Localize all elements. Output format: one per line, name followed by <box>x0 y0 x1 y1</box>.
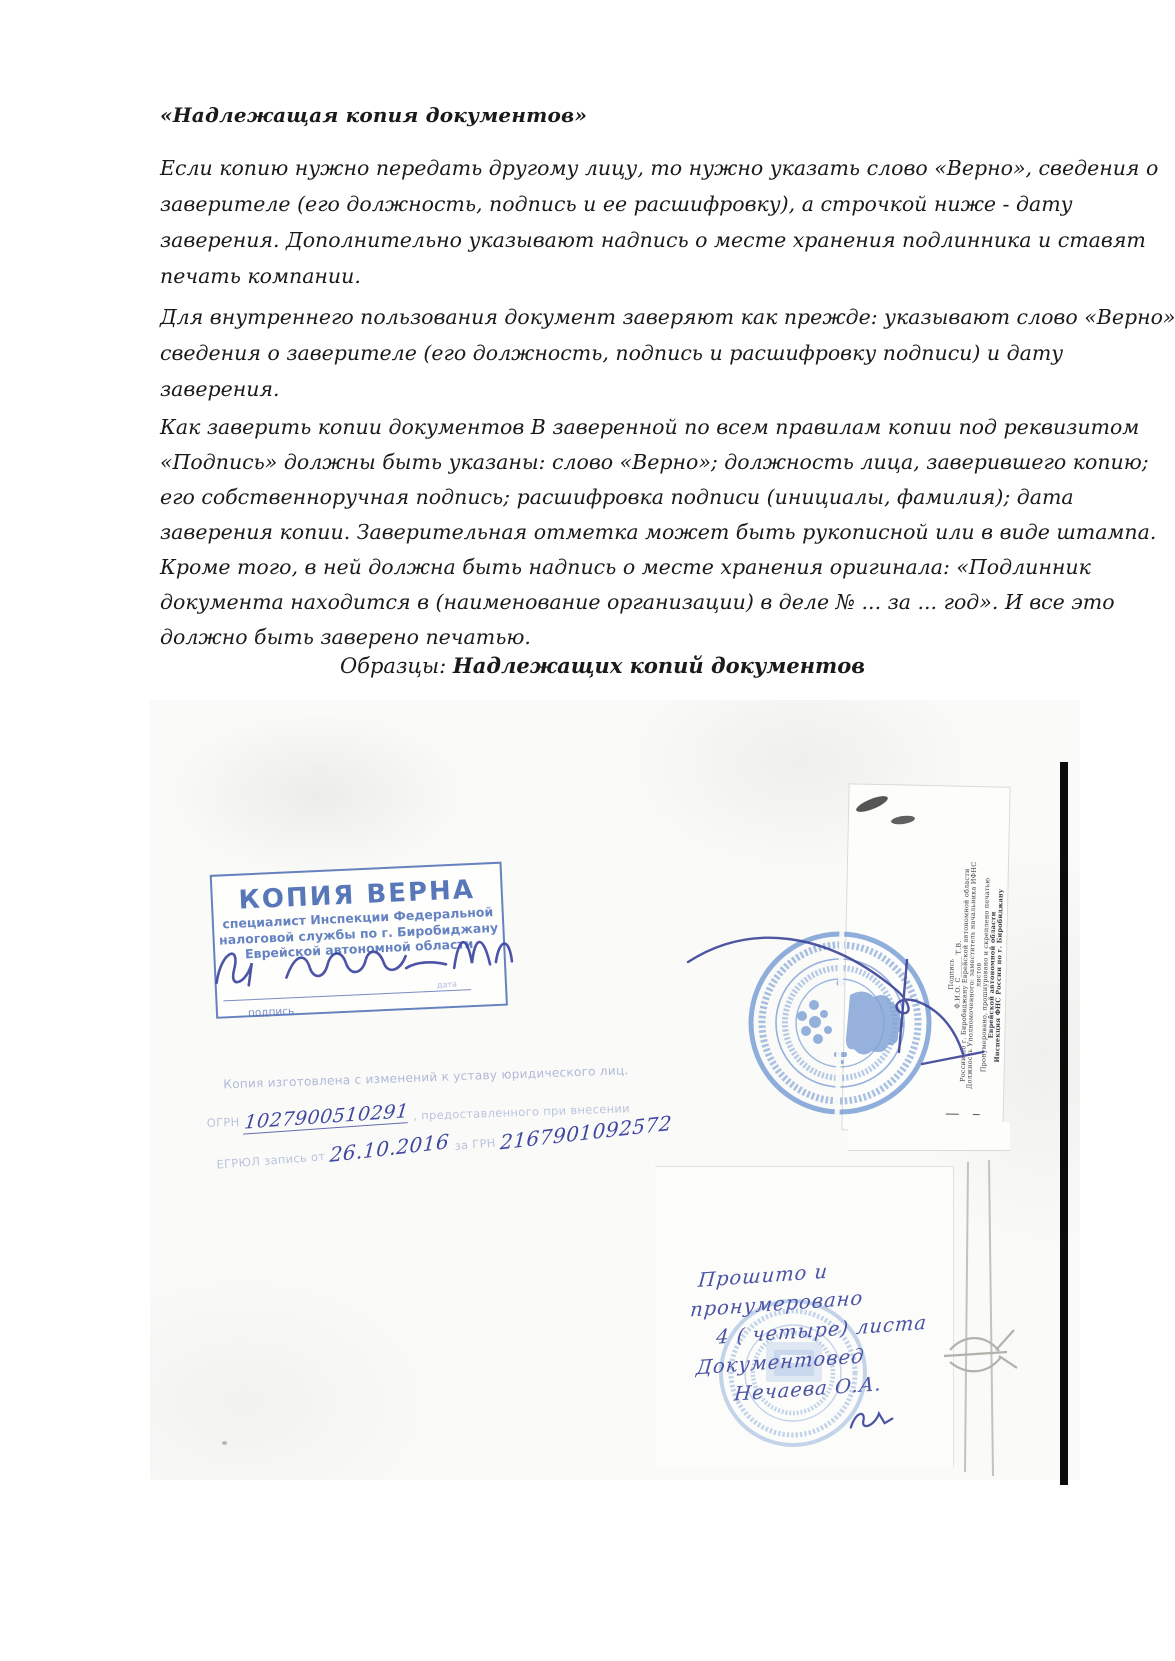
paragraph-line: «Подпись» должны быть указаны: слово «Ве… <box>160 445 1040 480</box>
copy-correct-stamp: КОПИЯ ВЕРНА специалист Инспекции Федерал… <box>209 849 519 1039</box>
paragraph-line: Как заверить копии документов В заверенн… <box>160 410 1040 445</box>
paragraph-1: Если копию нужно передать другому лицу, … <box>160 150 1040 294</box>
signature-icon <box>200 917 523 1001</box>
ogrn-label: ОГРН <box>206 1115 239 1130</box>
paragraph-line: сведения о заверителе (его должность, по… <box>160 335 1040 371</box>
clerk-signature-icon <box>845 1404 907 1436</box>
paragraph-line: заверителе (его должность, подпись и ее … <box>160 186 1040 222</box>
scanned-document-image: Инспекция ФНС России по г. Биробиджану Е… <box>150 700 1080 1480</box>
signature-label: подпись <box>248 1005 295 1019</box>
paragraph-line: его собственноручная подпись; расшифровк… <box>160 480 1040 515</box>
paragraph-line: заверения копии. Заверительная отметка м… <box>160 515 1040 550</box>
paragraph-2: Для внутреннего пользования документ зав… <box>160 299 1040 407</box>
paragraph-line: заверения. <box>160 371 1040 407</box>
pen-signature-stroke-icon <box>688 938 983 1064</box>
paragraph-line: должно быть заверено печатью. <box>160 620 1040 655</box>
scan-speck <box>222 1441 227 1445</box>
page-title: «Надлежащая копия документов» <box>160 103 587 127</box>
paragraph-line: Если копию нужно передать другому лицу, … <box>160 150 1040 186</box>
grn-label: за ГРН <box>454 1136 496 1153</box>
paragraph-line: печать компании. <box>160 258 1040 294</box>
paragraph-3: Как заверить копии документов В заверенн… <box>160 410 1040 655</box>
paragraph-line: Кроме того, в ней должна быть надпись о … <box>160 550 1040 585</box>
sewn-note-handwritten: Прошито и пронумеровано 4 ( четыре) лист… <box>687 1250 937 1411</box>
binding-thread-icon <box>944 1160 1017 1476</box>
paragraph-line: заверения. Дополнительно указывают надпи… <box>160 222 1040 258</box>
document-page: «Надлежащая копия документов» Если копию… <box>0 0 1175 1661</box>
samples-caption-prefix: Образцы: <box>340 654 453 678</box>
paragraph-line: документа находится в (наименование орга… <box>160 585 1040 620</box>
ink-smudge-icon <box>854 793 915 826</box>
scan-overlay-graphics <box>150 700 1080 1480</box>
samples-caption: Образцы: Надлежащих копий документов <box>15 653 1175 678</box>
paragraph-line: Для внутреннего пользования документ зав… <box>160 299 1040 335</box>
samples-caption-bold: Надлежащих копий документов <box>453 653 865 678</box>
date-label: дата <box>437 980 457 990</box>
scanner-edge-bar <box>1060 762 1068 1485</box>
